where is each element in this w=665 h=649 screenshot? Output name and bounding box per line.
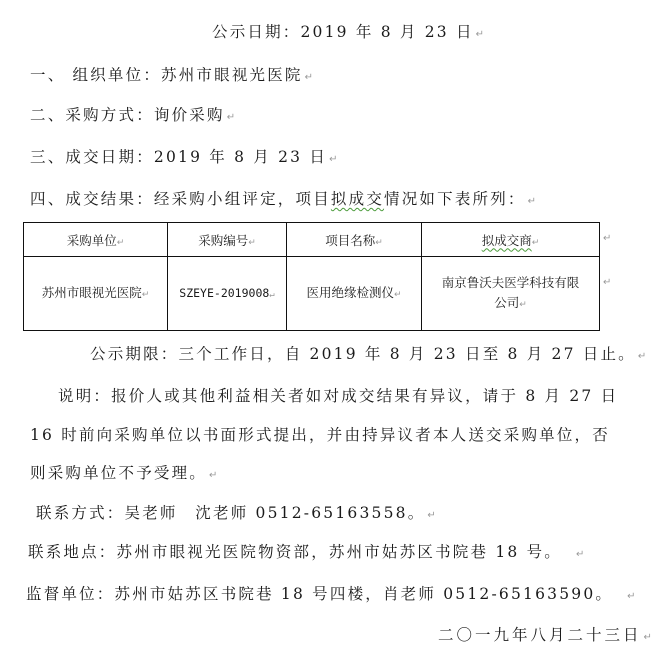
result-table: 采购单位↵ 采购编号↵ 项目名称↵ 拟成交商↵ 苏州市眼视光医院↵ SZEYE-… [23, 222, 600, 331]
table-header-row: 采购单位↵ 采购编号↵ 项目名称↵ 拟成交商↵ [24, 223, 600, 257]
header-text: 采购单位 [67, 233, 117, 248]
paragraph-mark-icon: ↵ [476, 29, 484, 40]
paragraph-mark-icon: ↵ [209, 470, 217, 481]
paragraph-mark-icon: ↵ [248, 238, 256, 248]
item-deal-date: 三、成交日期：2019 年 8 月 23 日↵ [30, 147, 337, 170]
item-value: 情况如下表所列： [384, 190, 526, 208]
cell-text: 公司 [494, 295, 519, 310]
cell-text: SZEYE-2019008 [179, 286, 269, 300]
note-text: 则采购单位不予受理。 [30, 464, 207, 482]
contact-method-text: 联系方式：吴老师 沈老师 0512-65163558。 [36, 504, 425, 522]
paragraph-mark-icon: ↵ [644, 632, 652, 643]
paragraph-mark-icon: ↵ [375, 238, 383, 248]
table-header-cell: 项目名称↵ [287, 223, 422, 257]
paragraph-mark-icon: ↵ [576, 549, 584, 560]
paragraph-mark-icon: ↵ [305, 72, 313, 83]
item-value: 经采购小组评定，项目 [154, 190, 331, 208]
item-label: 三、成交日期： [30, 148, 154, 166]
note-line-3: 则采购单位不予受理。↵ [30, 463, 217, 486]
publish-date: 公示日期：2019 年 8 月 23 日↵ [212, 22, 484, 45]
cell-text: 南京鲁沃夫医学科技有限 [442, 275, 580, 290]
supervision: 监督单位：苏州市姑苏区书院巷 18 号四楼，肖老师 0512-65163590。… [26, 584, 635, 607]
paragraph-mark-icon: ↵ [638, 351, 646, 362]
publish-period: 公示期限：三个工作日，自 2019 年 8 月 23 日至 8 月 27 日止。… [90, 344, 646, 367]
paragraph-mark-icon: ↵ [528, 196, 536, 207]
paragraph-mark-icon: ↵ [532, 238, 540, 248]
table-cell: 医用绝缘检测仪↵ [287, 257, 422, 331]
item-deal-result: 四、成交结果：经采购小组评定，项目拟成交情况如下表所列：↵ [30, 189, 536, 212]
header-text: 项目名称 [325, 233, 375, 248]
item-value: 苏州市眼视光医院 [161, 66, 303, 84]
table-cell: 苏州市眼视光医院↵ [24, 257, 168, 331]
table-row: 苏州市眼视光医院↵ SZEYE-2019008↵ 医用绝缘检测仪↵ 南京鲁沃夫医… [24, 257, 600, 331]
row-end-mark-icon: ↵ [603, 277, 611, 288]
paragraph-mark-icon: ↵ [227, 112, 235, 123]
footer-date: 二〇一九年八月二十三日↵ [438, 625, 652, 648]
paragraph-mark-icon: ↵ [394, 290, 402, 300]
item-organizer: 一、 组织单位：苏州市眼视光医院↵ [30, 65, 313, 88]
paragraph-mark-icon: ↵ [427, 510, 435, 521]
cell-text: 苏州市眼视光医院 [42, 285, 142, 300]
table-header-cell: 采购编号↵ [168, 223, 287, 257]
note-line-2: 16 时前向采购单位以书面形式提出，并由持异议者本人送交采购单位，否 [30, 425, 610, 445]
header-text: 采购编号 [198, 233, 248, 248]
publish-date-text: 公示日期：2019 年 8 月 23 日 [212, 23, 474, 41]
contact-method: 联系方式：吴老师 沈老师 0512-65163558。↵ [36, 503, 436, 526]
table-header-cell: 采购单位↵ [24, 223, 168, 257]
footer-date-text: 二〇一九年八月二十三日 [438, 626, 642, 644]
item-method: 二、采购方式：询价采购↵ [30, 105, 235, 128]
row-end-mark-icon: ↵ [603, 233, 611, 244]
paragraph-mark-icon: ↵ [117, 238, 125, 248]
note-text: 说明：报价人或其他利益相关者如对成交结果有异议，请于 8 月 27 日 [58, 387, 618, 405]
header-text: 拟成交商 [482, 233, 532, 248]
paragraph-mark-icon: ↵ [269, 290, 274, 300]
spellcheck-marked-text: 拟成交 [331, 190, 384, 208]
paragraph-mark-icon: ↵ [519, 300, 527, 310]
item-value: 询价采购 [154, 106, 225, 124]
supervision-text: 监督单位：苏州市姑苏区书院巷 18 号四楼，肖老师 0512-65163590。 [26, 585, 613, 603]
paragraph-mark-icon: ↵ [329, 154, 337, 165]
contact-address: 联系地点：苏州市眼视光医院物资部，苏州市姑苏区书院巷 18 号。↵ [28, 542, 584, 565]
item-value: 2019 年 8 月 23 日 [154, 148, 327, 166]
note-text: 16 时前向采购单位以书面形式提出，并由持异议者本人送交采购单位，否 [30, 426, 610, 444]
paragraph-mark-icon: ↵ [142, 290, 150, 300]
item-label: 四、成交结果： [30, 190, 154, 208]
paragraph-mark-icon: ↵ [627, 591, 635, 602]
table-header-cell: 拟成交商↵ [422, 223, 600, 257]
contact-address-text: 联系地点：苏州市眼视光医院物资部，苏州市姑苏区书院巷 18 号。 [28, 543, 562, 561]
table-cell: 南京鲁沃夫医学科技有限公司↵ [422, 257, 600, 331]
cell-text: 医用绝缘检测仪 [306, 285, 394, 300]
table-cell: SZEYE-2019008↵ [168, 257, 287, 331]
item-label: 二、采购方式： [30, 106, 154, 124]
item-label: 一、 组织单位： [30, 66, 161, 84]
publish-period-text: 公示期限：三个工作日，自 2019 年 8 月 23 日至 8 月 27 日止。 [90, 345, 636, 363]
note-line-1: 说明：报价人或其他利益相关者如对成交结果有异议，请于 8 月 27 日 [58, 386, 618, 406]
